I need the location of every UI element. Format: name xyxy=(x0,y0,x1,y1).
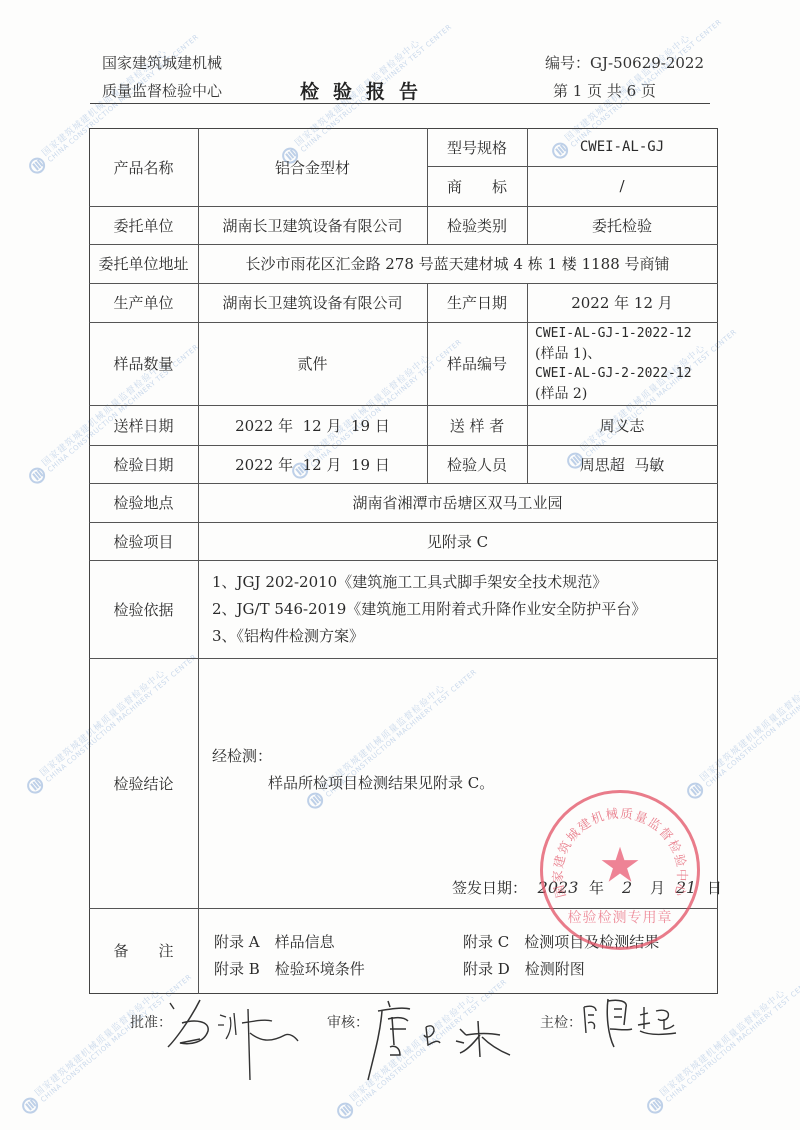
label-trademark: 商 标 xyxy=(427,166,527,206)
value-deliverer: 周义志 xyxy=(527,405,717,445)
value-inspectors: 周思超 马敏 xyxy=(527,445,717,483)
issue-date: 签发日期： 2023 年 2 月 21 日 xyxy=(452,877,722,898)
label-inspectors: 检验人员 xyxy=(427,445,527,483)
label-manufacturer: 生产单位 xyxy=(89,283,198,322)
watermark-logo-icon xyxy=(26,464,49,487)
label-items: 检验项目 xyxy=(89,522,198,560)
appendix-b: 附录 B 检验环境条件 xyxy=(214,958,365,979)
header-divider xyxy=(90,103,710,104)
conclusion-text: 样品所检项目检测结果见附录 C。 xyxy=(268,772,494,793)
value-inspection-date: 2022 年 12 月 19 日 xyxy=(198,445,427,483)
sample-no-line: CWEI-AL-GJ-1-2022-12 xyxy=(535,324,692,344)
label-production-date: 生产日期 xyxy=(427,283,527,322)
appendix-a: 附录 A 样品信息 xyxy=(214,931,335,952)
watermark-logo-icon xyxy=(19,1094,42,1117)
org-name-line2: 质量监督检验中心 xyxy=(102,80,222,101)
value-trademark: / xyxy=(527,166,717,206)
watermark-logo-icon xyxy=(334,1099,357,1122)
chief-signature xyxy=(578,995,698,1065)
value-sample-no: CWEI-AL-GJ-1-2022-12 (样品 1)、 CWEI-AL-GJ-… xyxy=(527,322,717,405)
issue-date-label: 签发日期： xyxy=(452,877,527,898)
sample-no-line: (样品 1)、 xyxy=(535,344,601,364)
value-product-name: 铝合金型材 xyxy=(198,128,427,206)
issue-month: 2 xyxy=(610,878,644,897)
value-inspection-type: 委托检验 xyxy=(527,206,717,244)
issue-day-unit: 日 xyxy=(707,877,722,898)
watermark-logo-icon xyxy=(644,1094,667,1117)
page-indicator: 第 1 页 共 6 页 xyxy=(553,80,656,101)
approve-signature xyxy=(160,995,310,1090)
label-notes: 备 注 xyxy=(89,908,198,993)
watermark-logo-icon xyxy=(24,774,47,797)
conclusion-intro: 经检测： xyxy=(212,745,272,766)
label-basis: 检验依据 xyxy=(89,560,198,658)
appendix-d: 附录 D 检测附图 xyxy=(463,958,585,979)
value-model-spec: CWEI-AL-GJ xyxy=(527,128,717,166)
report-number: 编号：GJ-50629-2022 xyxy=(545,52,704,73)
chief-label: 主检： xyxy=(540,1012,582,1032)
label-conclusion: 检验结论 xyxy=(89,658,198,908)
value-production-date: 2022 年 12 月 xyxy=(527,283,717,322)
label-delivery-date: 送样日期 xyxy=(89,405,198,445)
value-sample-qty: 贰件 xyxy=(198,322,427,405)
value-basis: 1、JGJ 202-2010《建筑施工工具式脚手架安全技术规范》 2、JG/T … xyxy=(198,560,717,658)
value-manufacturer: 湖南长卫建筑设备有限公司 xyxy=(198,283,427,322)
label-client: 委托单位 xyxy=(89,206,198,244)
issue-month-unit: 月 xyxy=(650,877,665,898)
label-inspection-type: 检验类别 xyxy=(427,206,527,244)
basis-line: 1、JGJ 202-2010《建筑施工工具式脚手架安全技术规范》 xyxy=(212,569,607,596)
label-inspection-date: 检验日期 xyxy=(89,445,198,483)
review-signature xyxy=(360,995,530,1090)
issue-year-unit: 年 xyxy=(589,877,604,898)
value-items: 见附录 C xyxy=(198,522,717,560)
report-title: 检验报告 xyxy=(300,77,432,104)
basis-line: 3、《铝构件检测方案》 xyxy=(212,623,364,650)
label-sample-no: 样品编号 xyxy=(427,322,527,405)
org-name-line1: 国家建筑城建机械 xyxy=(102,52,222,73)
value-delivery-date: 2022 年 12 月 19 日 xyxy=(198,405,427,445)
label-sample-qty: 样品数量 xyxy=(89,322,198,405)
sample-no-line: (样品 2) xyxy=(535,384,587,404)
label-deliverer: 送 样 者 xyxy=(427,405,527,445)
label-location: 检验地点 xyxy=(89,483,198,522)
label-model-spec: 型号规格 xyxy=(427,128,527,166)
sample-no-line: CWEI-AL-GJ-2-2022-12 xyxy=(535,364,692,384)
issue-year: 2023 xyxy=(533,878,583,897)
label-client-address: 委托单位地址 xyxy=(89,244,198,283)
watermark-logo-icon xyxy=(26,154,49,177)
label-product-name: 产品名称 xyxy=(89,128,198,206)
appendix-c: 附录 C 检测项目及检测结果 xyxy=(463,931,659,952)
basis-line: 2、JG/T 546-2019《建筑施工用附着式升降作业安全防护平台》 xyxy=(212,596,646,623)
value-client: 湖南长卫建筑设备有限公司 xyxy=(198,206,427,244)
issue-day: 21 xyxy=(671,878,701,897)
value-client-address: 长沙市雨花区汇金路 278 号蓝天建材城 4 栋 1 楼 1188 号商铺 xyxy=(198,244,717,283)
value-location: 湖南省湘潭市岳塘区双马工业园 xyxy=(198,483,717,522)
